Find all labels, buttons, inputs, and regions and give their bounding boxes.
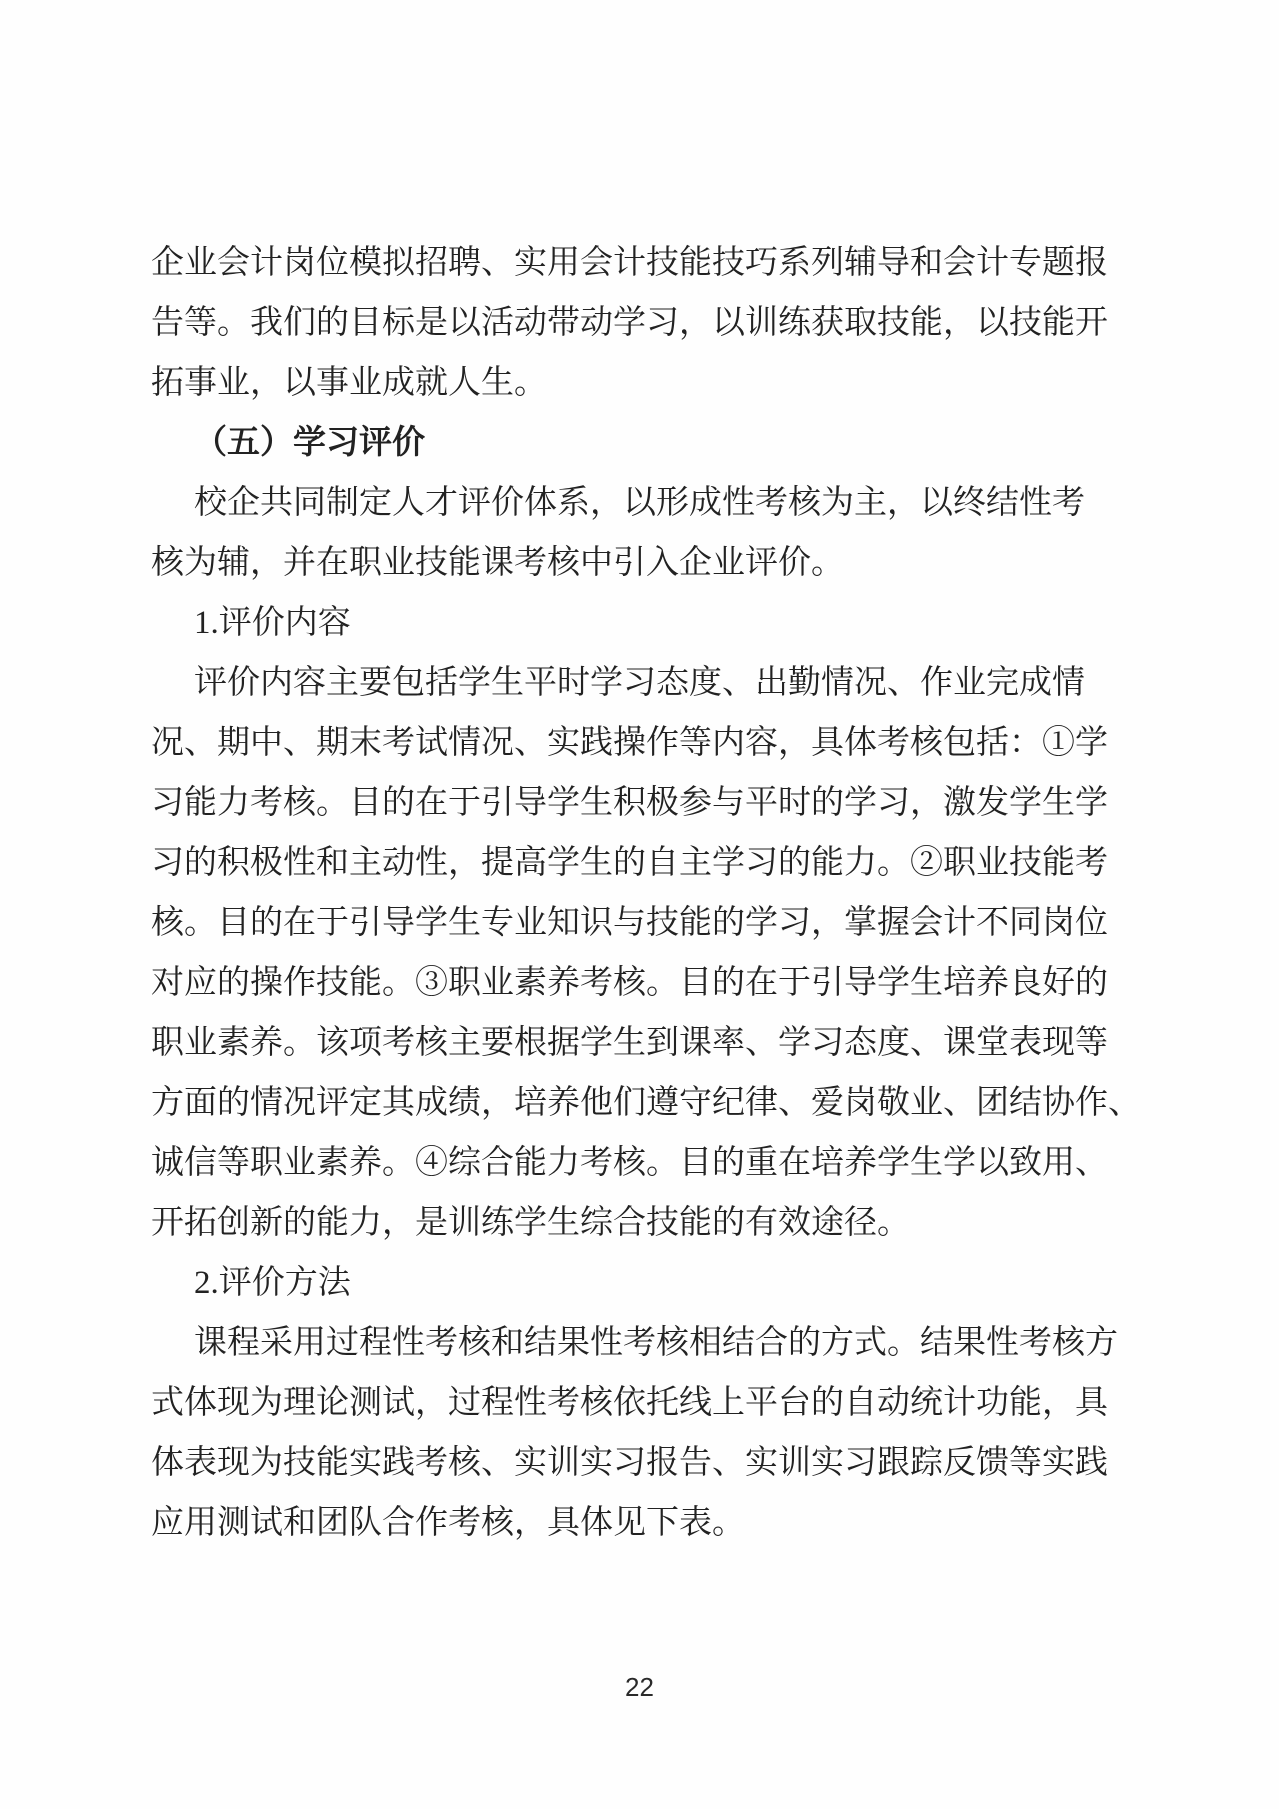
text-line: 告等。我们的目标是以活动带动学习，以训练获取技能，以技能开 bbox=[151, 293, 1151, 353]
text-block: 企业会计岗位模拟招聘、实用会计技能技巧系列辅导和会计专题报告等。我们的目标是以活… bbox=[151, 233, 1151, 1553]
text-line: 核。目的在于引导学生专业知识与技能的学习，掌握会计不同岗位 bbox=[151, 893, 1151, 953]
text-line: 开拓创新的能力，是训练学生综合技能的有效途径。 bbox=[151, 1193, 1151, 1253]
text-line: 1.评价内容 bbox=[151, 593, 1151, 653]
text-line: 课程采用过程性考核和结果性考核相结合的方式。结果性考核方 bbox=[151, 1313, 1151, 1373]
text-line: 式体现为理论测试，过程性考核依托线上平台的自动统计功能，具 bbox=[151, 1373, 1151, 1433]
text-line: 习的积极性和主动性，提高学生的自主学习的能力。②职业技能考 bbox=[151, 833, 1151, 893]
document-page: 企业会计岗位模拟招聘、实用会计技能技巧系列辅导和会计专题报告等。我们的目标是以活… bbox=[0, 0, 1279, 1809]
page-footer: 22 bbox=[0, 1672, 1279, 1703]
text-line: 拓事业，以事业成就人生。 bbox=[151, 353, 1151, 413]
text-line: 评价内容主要包括学生平时学习态度、出勤情况、作业完成情 bbox=[151, 653, 1151, 713]
text-line: 体表现为技能实践考核、实训实习报告、实训实习跟踪反馈等实践 bbox=[151, 1433, 1151, 1493]
text-line: 企业会计岗位模拟招聘、实用会计技能技巧系列辅导和会计专题报 bbox=[151, 233, 1151, 293]
page-number: 22 bbox=[625, 1672, 654, 1702]
text-line: 习能力考核。目的在于引导学生积极参与平时的学习，激发学生学 bbox=[151, 773, 1151, 833]
text-line: 核为辅，并在职业技能课考核中引入企业评价。 bbox=[151, 533, 1151, 593]
text-line: 应用测试和团队合作考核，具体见下表。 bbox=[151, 1493, 1151, 1553]
text-line: 诚信等职业素养。④综合能力考核。目的重在培养学生学以致用、 bbox=[151, 1133, 1151, 1193]
text-line: 校企共同制定人才评价体系，以形成性考核为主，以终结性考 bbox=[151, 473, 1151, 533]
text-line: 2.评价方法 bbox=[151, 1253, 1151, 1313]
text-line: 方面的情况评定其成绩，培养他们遵守纪律、爱岗敬业、团结协作、 bbox=[151, 1073, 1151, 1133]
text-line: 职业素养。该项考核主要根据学生到课率、学习态度、课堂表现等 bbox=[151, 1013, 1151, 1073]
text-line: 对应的操作技能。③职业素养考核。目的在于引导学生培养良好的 bbox=[151, 953, 1151, 1013]
text-line: 况、期中、期末考试情况、实践操作等内容，具体考核包括：①学 bbox=[151, 713, 1151, 773]
section-heading: （五）学习评价 bbox=[151, 413, 1151, 473]
